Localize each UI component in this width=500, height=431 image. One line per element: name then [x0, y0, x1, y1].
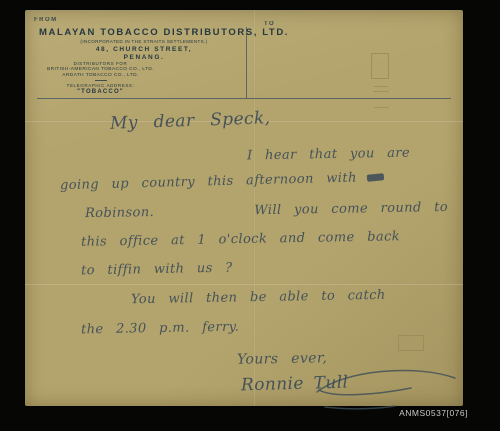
letter-scan: FROM TO MALAYAN TOBACCO DISTRIBUTORS, LT… [25, 10, 463, 406]
signature: Ronnie Tull [241, 373, 349, 396]
letter-line: the 2.30 p.m. ferry. [81, 320, 239, 338]
letter-line: Robinson. Will you come round to [85, 200, 448, 221]
fold-crease-horizontal [25, 283, 463, 286]
letter-line: You will then be able to catch [131, 288, 386, 307]
telegraphic-address-value: "TOBACCO" [33, 89, 168, 95]
letterhead-agencies: DISTRIBUTORS FOR BRITISH-AMERICAN TOBACC… [33, 61, 168, 95]
company-name: MALAYAN TOBACCO DISTRIBUTORS, LTD. [39, 27, 249, 38]
archive-catalogue-number: ANMS0537[076] [399, 408, 468, 418]
stamp-ghost-mark [398, 335, 424, 351]
agency-line: ARDATH TOBACCO CO., LTD. [33, 73, 168, 78]
letter-line: going up country this afternoon with [60, 170, 384, 193]
letterhead-rule [37, 98, 451, 99]
from-label: FROM [34, 17, 58, 23]
agency-line: BRITISH-AMERICAN TOBACCO CO., LTD. [33, 67, 168, 72]
letter-line-text: going up country this afternoon with [60, 170, 357, 193]
salutation: My dear Speck, [110, 108, 271, 134]
ghost-mark [374, 107, 389, 108]
city: PENANG. [39, 54, 249, 61]
letter-line: I hear that you are [247, 146, 410, 164]
ghost-mark [374, 86, 388, 87]
letter-line: to tiffin with us ? [81, 261, 233, 279]
divider-dash [95, 80, 107, 81]
letterhead-main: MALAYAN TOBACCO DISTRIBUTORS, LTD. (INCO… [39, 27, 249, 61]
closing: Yours ever, [237, 350, 328, 368]
street-address: 48, CHURCH STREET, [39, 46, 249, 53]
incorporation-line: (INCORPORATED IN THE STRAITS SETTLEMENTS… [39, 39, 249, 44]
distributors-for-line: DISTRIBUTORS FOR [33, 61, 168, 66]
ghost-mark [373, 91, 389, 92]
telegraphic-address-label: TELEGRAPHIC ADDRESS: [33, 83, 168, 88]
scribbled-out-word [366, 173, 384, 182]
letter-line: this office at 1 o'clock and come back [81, 229, 400, 250]
stamp-ghost-mark [371, 53, 389, 79]
